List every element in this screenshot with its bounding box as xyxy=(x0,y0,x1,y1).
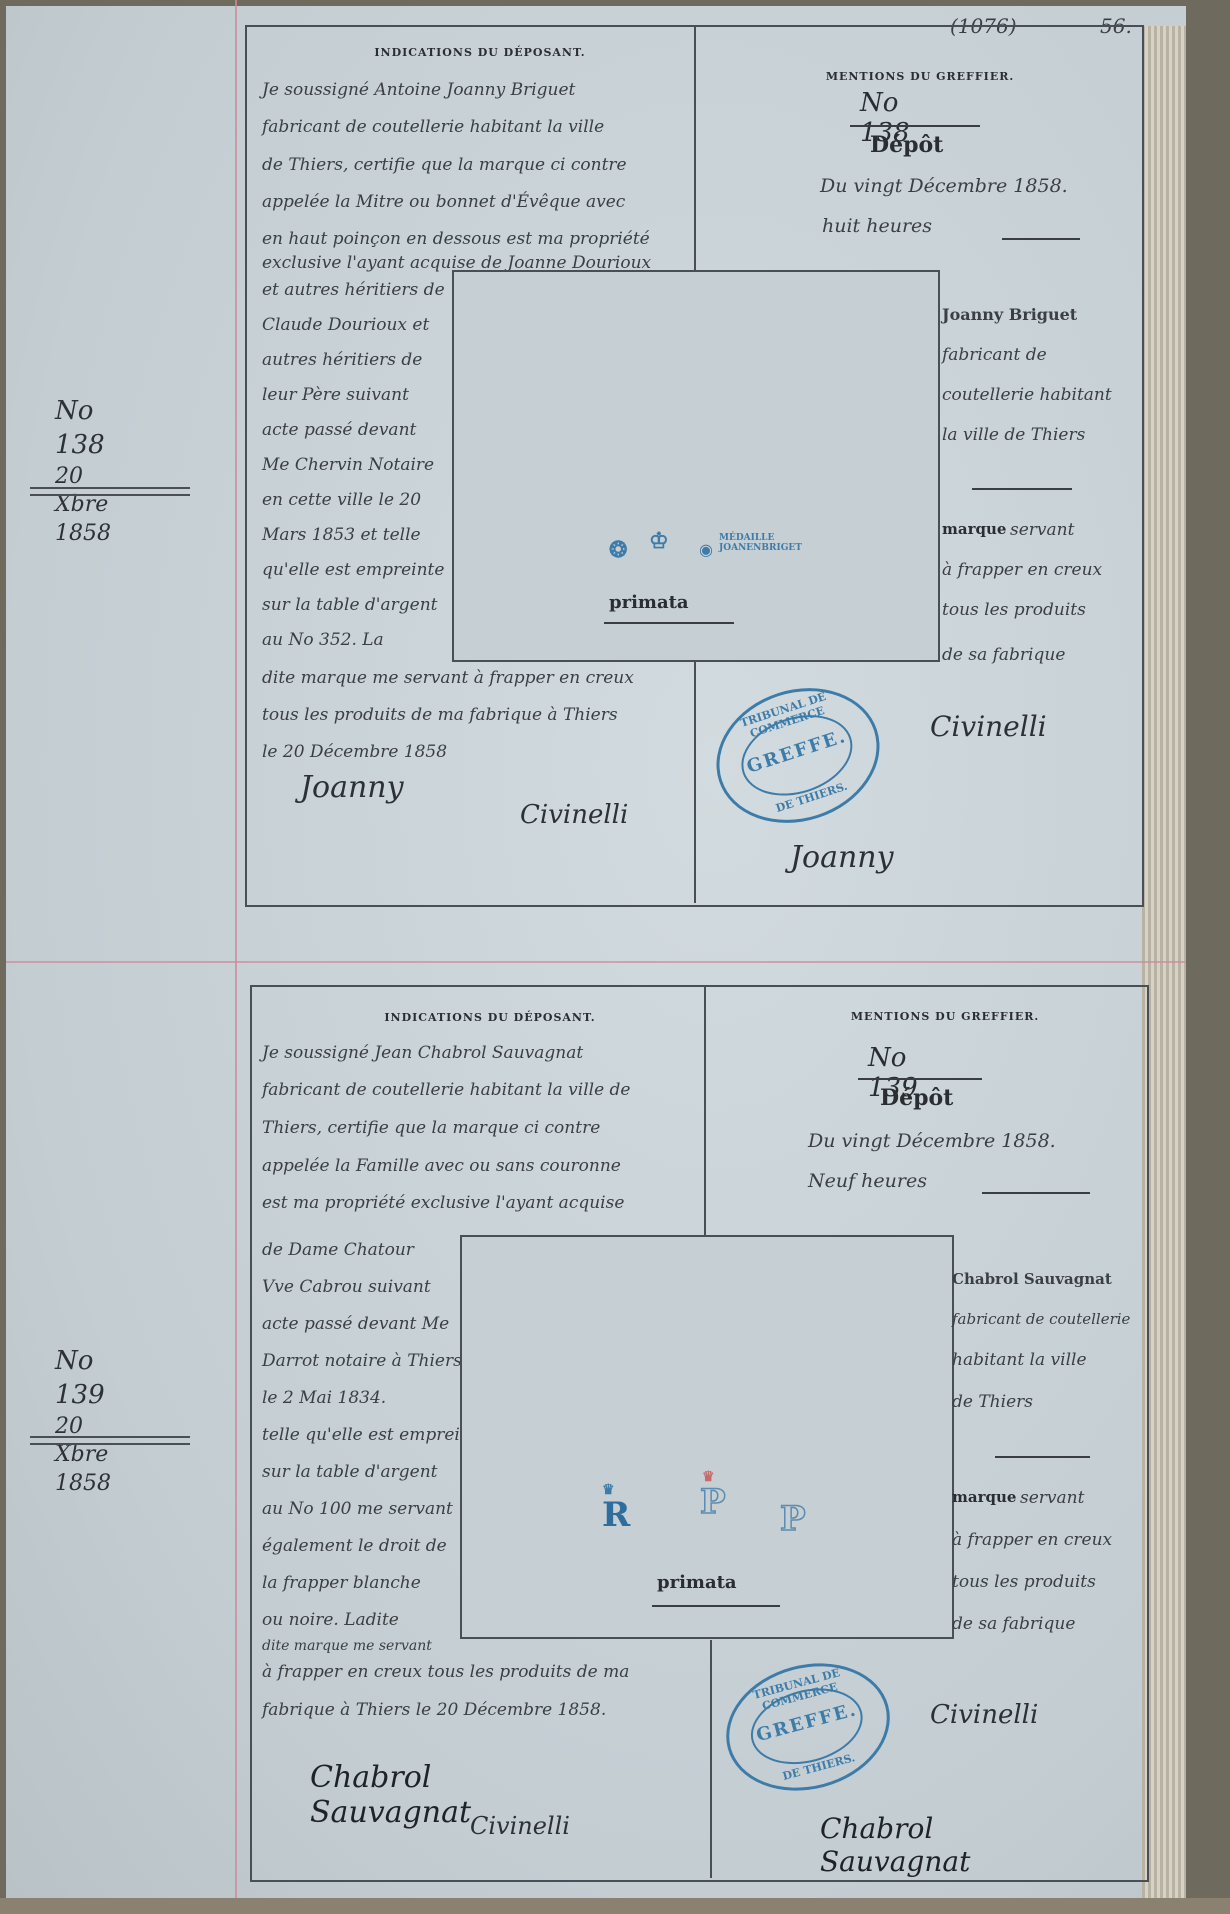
text-line: Claude Dourioux et xyxy=(262,315,429,335)
depositor-name: Chabrol Sauvagnat xyxy=(952,1270,1112,1288)
section-rule xyxy=(972,488,1072,490)
text-line: à frapper en creux xyxy=(952,1530,1112,1550)
greffier-header: MENTIONS DU GREFFIER. xyxy=(790,1010,1100,1023)
text-line: tous les produits de ma fabrique à Thier… xyxy=(262,705,618,725)
text-line: en haut poinçon en dessous est ma propri… xyxy=(262,229,650,249)
text-line: acte passé devant Me xyxy=(262,1314,449,1334)
text-line: qu'elle est empreinte xyxy=(262,560,444,580)
clerk-signature: Civinelli xyxy=(470,1812,570,1840)
marque-label: marque xyxy=(952,1488,1016,1506)
text-line: coutellerie habitant xyxy=(942,385,1112,405)
text-line: à frapper en creux tous les produits de … xyxy=(262,1662,629,1682)
depositor-signature: Chabrol Sauvagnat xyxy=(310,1760,471,1830)
depositor-countersignature: Joanny xyxy=(790,840,894,875)
deposit-date: Du vingt Décembre 1858. xyxy=(820,175,1068,197)
number-underline xyxy=(850,125,980,127)
time-rule xyxy=(982,1192,1090,1194)
text-line: la frapper blanche xyxy=(262,1573,421,1593)
section-rule xyxy=(995,1456,1090,1458)
depositant-header: INDICATIONS DU DÉPOSANT. xyxy=(300,46,660,59)
book-bottom-edge xyxy=(0,1898,1230,1914)
text-line: autres héritiers de xyxy=(262,350,422,370)
mark-p-glyph: P xyxy=(780,1499,806,1539)
time-rule xyxy=(1002,238,1080,240)
text-line: acte passé devant xyxy=(262,420,416,440)
depositant-header: INDICATIONS DU DÉPOSANT. xyxy=(300,1011,680,1024)
margin-note: No 139 20 Xbre 1858 xyxy=(55,1345,111,1498)
mark-r-glyph: R xyxy=(602,1495,630,1535)
text-line: Vve Cabrou suivant xyxy=(262,1277,431,1297)
text-line: au No 352. La xyxy=(262,630,384,650)
margin-entry-number: No 138 xyxy=(55,395,111,463)
mitre-mark-icon: ♔ xyxy=(649,528,669,554)
trademark-imprint-area: ❂ ♔ ◉ MÉDAILLE JOANENBRIGET primata xyxy=(452,270,940,662)
deposit-time: huit heures xyxy=(822,215,932,237)
margin-double-rule xyxy=(30,1436,190,1445)
text-line: fabricant de xyxy=(942,345,1047,365)
column-divider xyxy=(704,987,706,1237)
text-line: ou noire. Ladite xyxy=(262,1610,399,1630)
text-line: appelée la Mitre ou bonnet d'Évêque avec xyxy=(262,192,625,212)
text-line: tous les produits xyxy=(942,600,1086,620)
column-divider xyxy=(694,660,696,903)
greffier-signature: Civinelli xyxy=(930,710,1047,743)
text-line: Thiers, certifie que la marque ci contre xyxy=(262,1118,600,1138)
column-divider xyxy=(710,1640,712,1878)
text-line: Darrot notaire à Thiers xyxy=(262,1351,462,1371)
text-line: sur la table d'argent xyxy=(262,1462,437,1482)
text-line: et autres héritiers de xyxy=(262,280,445,300)
medal-stamp-text: MÉDAILLE JOANENBRIGET xyxy=(719,534,839,554)
text-line: de sa fabrique xyxy=(952,1614,1075,1634)
margin-entry-date: 20 Xbre 1858 xyxy=(55,463,111,549)
deposit-time: Neuf heures xyxy=(808,1170,927,1192)
text-line: Mars 1853 et telle xyxy=(262,525,421,545)
depositor-signature: Joanny xyxy=(300,770,404,805)
text-line: à frapper en creux xyxy=(942,560,1102,580)
text-line: le 2 Mai 1834. xyxy=(262,1388,386,1408)
medal-mark-icon: ◉ xyxy=(699,540,713,559)
text-line: habitant la ville xyxy=(952,1350,1087,1370)
text-line: de sa fabrique xyxy=(942,645,1065,665)
depositor-countersignature: Chabrol Sauvagnat xyxy=(820,1812,970,1878)
primata-label: primata xyxy=(657,1572,737,1593)
text-line: Je soussigné Jean Chabrol Sauvagnat xyxy=(262,1043,583,1063)
margin-note: No 138 20 Xbre 1858 xyxy=(55,395,111,548)
text-line: servant xyxy=(1010,520,1074,540)
text-line: en cette ville le 20 xyxy=(262,490,421,510)
text-line: Je soussigné Antoine Joanny Briguet xyxy=(262,80,575,100)
text-line: sur la table d'argent xyxy=(262,595,437,615)
primata-underline xyxy=(604,622,734,624)
text-line: la ville de Thiers xyxy=(942,425,1085,445)
margin-entry-date: 20 Xbre 1858 xyxy=(55,1413,111,1499)
text-line: fabricant de coutellerie xyxy=(952,1310,1130,1328)
text-line: leur Père suivant xyxy=(262,385,409,405)
text-line: tous les produits xyxy=(952,1572,1096,1592)
entry-separator-rule xyxy=(6,961,1186,963)
text-line: servant xyxy=(1020,1488,1084,1508)
deposit-date: Du vingt Décembre 1858. xyxy=(808,1130,1056,1152)
mark-p-glyph: P xyxy=(700,1482,726,1522)
text-line: de Thiers, certifie que la marque ci con… xyxy=(262,155,627,175)
primata-underline xyxy=(652,1605,780,1607)
text-line: au No 100 me servant xyxy=(262,1499,453,1519)
text-line: le 20 Décembre 1858 xyxy=(262,742,447,762)
mitre-mark-icon: ❂ xyxy=(609,537,627,563)
text-line: fabricant de coutellerie habitant la vil… xyxy=(262,1080,630,1100)
text-line: dite marque me servant xyxy=(262,1638,432,1654)
margin-rule xyxy=(235,0,237,1914)
text-line: fabrique à Thiers le 20 Décembre 1858. xyxy=(262,1700,606,1720)
text-line: telle qu'elle est empreinte xyxy=(262,1425,488,1445)
margin-entry-number: No 139 xyxy=(55,1345,111,1413)
depositor-name: Joanny Briguet xyxy=(942,305,1077,324)
text-line: également le droit de xyxy=(262,1536,447,1556)
text-line: de Dame Chatour xyxy=(262,1240,414,1260)
text-line: Me Chervin Notaire xyxy=(262,455,434,475)
text-line: fabricant de coutellerie habitant la vil… xyxy=(262,117,604,137)
text-line: est ma propriété exclusive l'ayant acqui… xyxy=(262,1193,624,1213)
marque-label: marque xyxy=(942,520,1006,538)
depot-title: Dépôt xyxy=(880,1085,953,1111)
number-underline xyxy=(858,1078,982,1080)
clerk-signature: Civinelli xyxy=(520,800,628,830)
text-line: de Thiers xyxy=(952,1392,1033,1412)
greffier-header: MENTIONS DU GREFFIER. xyxy=(760,70,1080,83)
trademark-imprint-area: ♛ R ♛ P P primata xyxy=(460,1235,954,1639)
text-line: appelée la Famille avec ou sans couronne xyxy=(262,1156,621,1176)
margin-double-rule xyxy=(30,487,190,496)
primata-label: primata xyxy=(609,592,689,613)
greffier-signature: Civinelli xyxy=(930,1700,1038,1730)
column-divider xyxy=(694,27,696,272)
depot-title: Dépôt xyxy=(870,132,943,158)
text-line: dite marque me servant à frapper en creu… xyxy=(262,668,634,688)
